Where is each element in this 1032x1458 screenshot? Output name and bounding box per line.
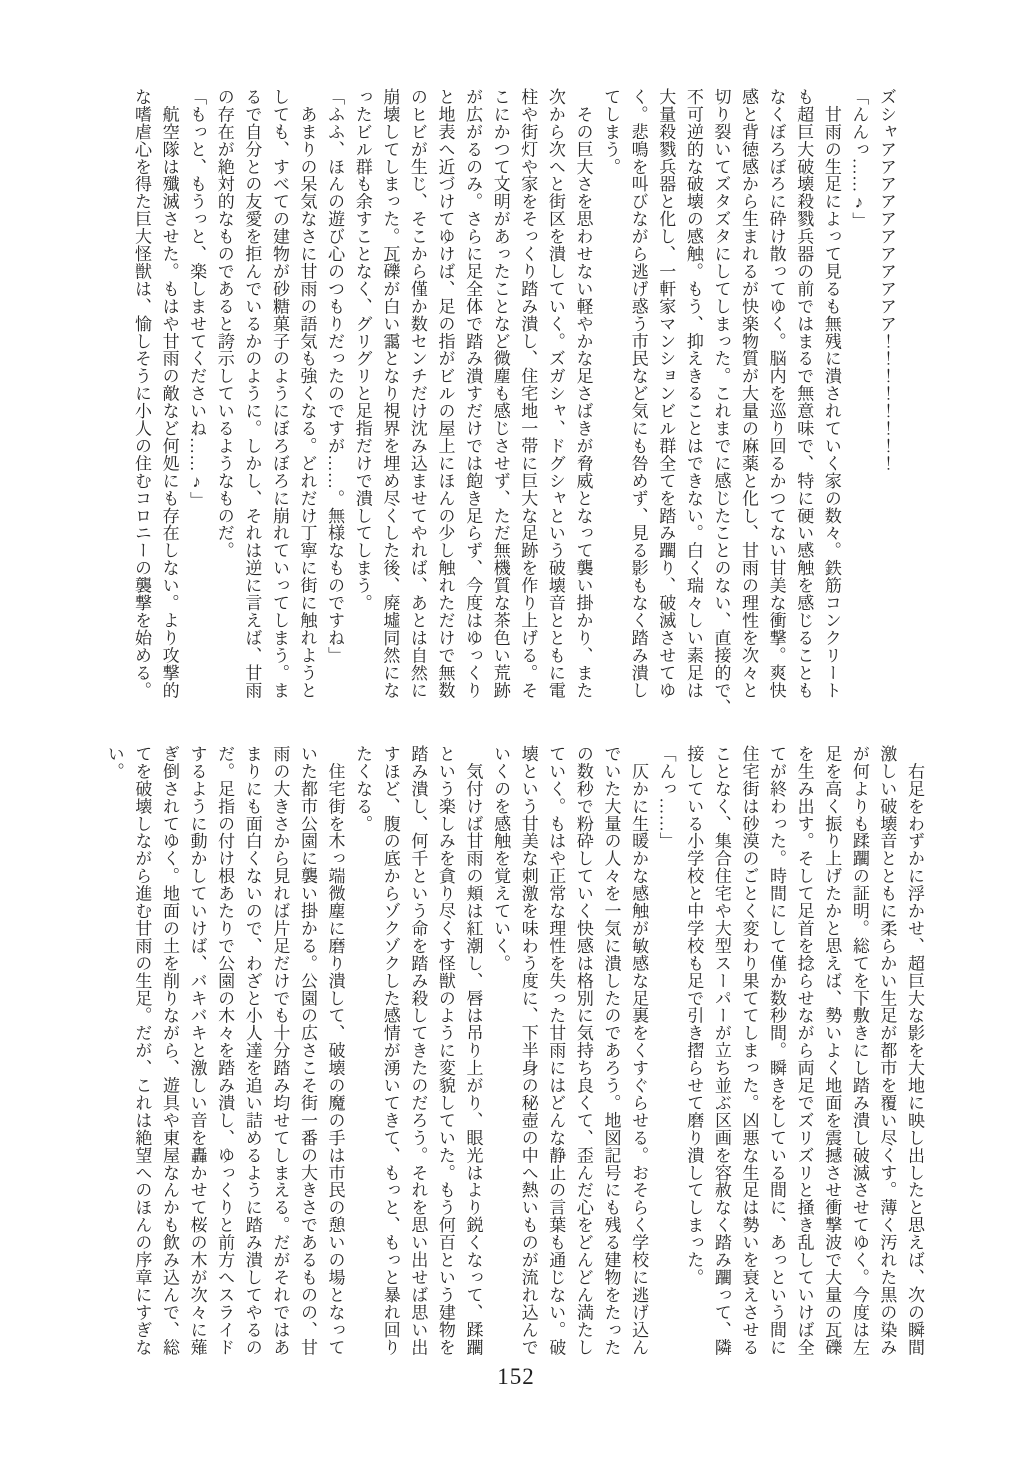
- text-line: が広がるのみ。さらに足全体で踏み潰すだけでは飽き足らず、今度はゆっくり: [459, 88, 487, 708]
- text-line: ことなく、集合住宅や大型スーパーが立ち並ぶ区画を容赦なく踏み躙って、隣: [707, 745, 735, 1340]
- text-line: く。悲鳴を叫びながら逃げ惑う市民など気にも咎めず、見る影もなく踏み潰し: [624, 88, 652, 708]
- text-line: するように動かしていけば、バキバキと激しい音を轟かせて桜の木が次々に薙: [183, 745, 211, 1340]
- bottom-text-block: 右足をわずかに浮かせ、超巨大な影を大地に映し出したと思えば、次の瞬間 激しい破壊…: [100, 745, 928, 1340]
- text-line: と地表へ近づけてゆけば、足の指がビルの屋上にほんの少し触れただけで無数: [431, 88, 459, 708]
- text-line: 仄かに生暖かな感触が敏感な足裏をくすぐらせる。おそらく学校に逃げ込ん: [624, 745, 652, 1340]
- text-line: しても、すべての建物が砂糖菓子のようにぼろぼろに崩れていってしまう。ま: [265, 88, 293, 708]
- text-line: い。: [100, 745, 128, 1340]
- text-line: すほど、腹の底からゾクゾクした感情が湧いてきて、もっと、もっと暴れ回り: [376, 745, 404, 1340]
- text-line: 住宅街を木っ端微塵に磨り潰して、破壊の魔の手は市民の憩いの場となって: [321, 745, 349, 1340]
- text-line: が何よりも蹂躙の証明。総てを下敷きにし踏み潰し破滅させてゆく。今度は左: [845, 745, 873, 1340]
- text-line: 「んっ……」: [652, 745, 680, 1340]
- text-line: 壊という甘美な刺激を味わう度に、下半身の秘壺の中へ熱いものが流れ込んで: [514, 745, 542, 1340]
- text-line: ったビル群も余すことなく、グリグリと足指だけで潰してしまう。: [348, 88, 376, 708]
- text-line: いた都市公園に襲い掛かる。公園の広さこそ街一番の大きさであるものの、甘: [293, 745, 321, 1340]
- text-line: 不可逆的な破壊の感触。もう、抑えきることはできない。白く瑞々しい素足は: [679, 88, 707, 708]
- text-line: こにかつて文明があったことなど微塵も感じさせず、ただ無機質な茶色い荒跡: [486, 88, 514, 708]
- text-line: 「んんっ……♪」: [845, 88, 873, 708]
- text-line: 激しい破壊音とともに柔らかい生足が都市を覆い尽くす。薄く汚れた黒の染み: [873, 745, 901, 1340]
- text-line: でいた大量の人々を一気に潰したのであろう。地図記号にも残る建物をたった: [597, 745, 625, 1340]
- text-line: の数秒で粉砕していく快感は格別に気持ち良くて、歪んだ心をどんどん満たし: [569, 745, 597, 1340]
- text-line: てが終わった。時間にして僅か数秒間。瞬きをしている間に、あっという間に: [762, 745, 790, 1340]
- text-line: 踏み潰し、何千という命を踏み殺してきたのだろう。それを思い出せば思い出: [404, 745, 432, 1340]
- text-line: 崩壊してしまった。瓦礫が白い靄となり視界を埋め尽くした後、廃墟同然にな: [376, 88, 404, 708]
- text-line: 雨の大きさから見れば片足だけでも十分踏み均せてしまえる。だがそれではあ: [266, 745, 294, 1340]
- text-line: 気付けば甘雨の頬は紅潮し、唇は吊り上がり、眼光はより鋭くなって、蹂躙: [459, 745, 487, 1340]
- text-line: な嗜虐心を得た巨大怪獣は、愉しそうに小人の住むコロニーの襲撃を始める。: [127, 88, 155, 708]
- top-text-block: ズシャアアアアアアアアアアア！！！！！！！！ 「んんっ……♪」 甘雨の生足によっ…: [127, 88, 900, 708]
- text-line: 「ふふ、ほんの遊び心のつもりだったのですが……。無様なものですね」: [321, 88, 349, 708]
- text-line: てを破壊しながら進む甘雨の生足。だが、これは絶望へのほんの序章にすぎな: [128, 745, 156, 1340]
- text-line: いくのを感触を覚えていく。: [487, 745, 515, 1340]
- text-line: ズシャアアアアアアアアアアア！！！！！！！！: [872, 88, 900, 708]
- text-line: なくぼろぼろに砕け散ってゆく。脳内を巡り回るかつてない甘美な衝撃。爽快: [762, 88, 790, 708]
- text-line: も超巨大破壊殺戮兵器の前ではまるで無意味で、特に硬い感触を感じることも: [790, 88, 818, 708]
- text-line: まりにも面白くないので、わざと小人達を追い詰めるように踏み潰してやるの: [238, 745, 266, 1340]
- text-line: だ。足指の付け根あたりで公園の木々を踏み潰し、ゆっくりと前方へスライド: [211, 745, 239, 1340]
- text-line: 甘雨の生足によって見るも無残に潰されていく家の数々。鉄筋コンクリート: [817, 88, 845, 708]
- text-line: 柱や街灯や家をそっくり踏み潰し、住宅地一帯に巨大な足跡を作り上げる。そ: [514, 88, 542, 708]
- text-line: 次から次へと街区を潰していく。ズガシャ、ドグシャという破壊音とともに電: [541, 88, 569, 708]
- text-line: 接している小学校と中学校も足で引き摺らせて磨り潰してしまった。: [680, 745, 708, 1340]
- text-line: 大量殺戮兵器と化し、一軒家マンションビル群全てを踏み躙り、破滅させてゆ: [652, 88, 680, 708]
- text-line: のヒビが生じ、そこから僅か数センチだけ沈み込ませてやれば、あとは自然に: [403, 88, 431, 708]
- text-line: ぎ倒されてゆく。地面の土を削りながら、遊具や東屋なんかも飲み込んで、総: [155, 745, 183, 1340]
- text-line: 「もっと、もうっと、楽しませてくださいね……♪」: [183, 88, 211, 708]
- text-line: 右足をわずかに浮かせ、超巨大な影を大地に映し出したと思えば、次の瞬間: [900, 745, 928, 1340]
- text-line: あまりの呆気なさに甘雨の語気も強くなる。どれだけ丁寧に街に触れようと: [293, 88, 321, 708]
- text-line: たくなる。: [349, 745, 377, 1340]
- text-line: その巨大さを思わせない軽やかな足さばきが脅威となって襲い掛かり、また: [569, 88, 597, 708]
- text-line: 感と背徳感から生まれるが快楽物質が大量の麻薬と化し、甘雨の理性を次々と: [734, 88, 762, 708]
- text-line: 航空隊は殲滅させた。もはや甘雨の敵など何処にも存在しない。より攻撃的: [155, 88, 183, 708]
- text-line: 足を高く振り上げたかと思えば、勢いよく地面を震撼させ衝撃波で大量の瓦礫: [818, 745, 846, 1340]
- text-line: るで自分との友愛を拒んでいるかのように。しかし、それは逆に言えば、甘雨: [238, 88, 266, 708]
- text-line: 住宅街は砂漠のごとく変わり果ててしまった。凶悪な生足は勢いを衰えさせる: [735, 745, 763, 1340]
- text-line: ていく。もはや正常な理性を失った甘雨にはどんな静止の言葉も通じない。破: [542, 745, 570, 1340]
- text-line: という楽しみを貪り尽くす怪獣のように変貌していた。もう何百という建物を: [431, 745, 459, 1340]
- page-number: 152: [0, 1364, 1032, 1390]
- text-line: を生み出す。そして足首を捻らせながら両足でズリズリと掻き乱していけば全: [790, 745, 818, 1340]
- text-line: てしまう。: [596, 88, 624, 708]
- text-line: の存在が絶対的なものであると誇示しているようなものだ。: [210, 88, 238, 708]
- text-line: 切り裂いてズタズタにしてしまった。これまでに感じたことのない、直接的で、: [707, 88, 735, 708]
